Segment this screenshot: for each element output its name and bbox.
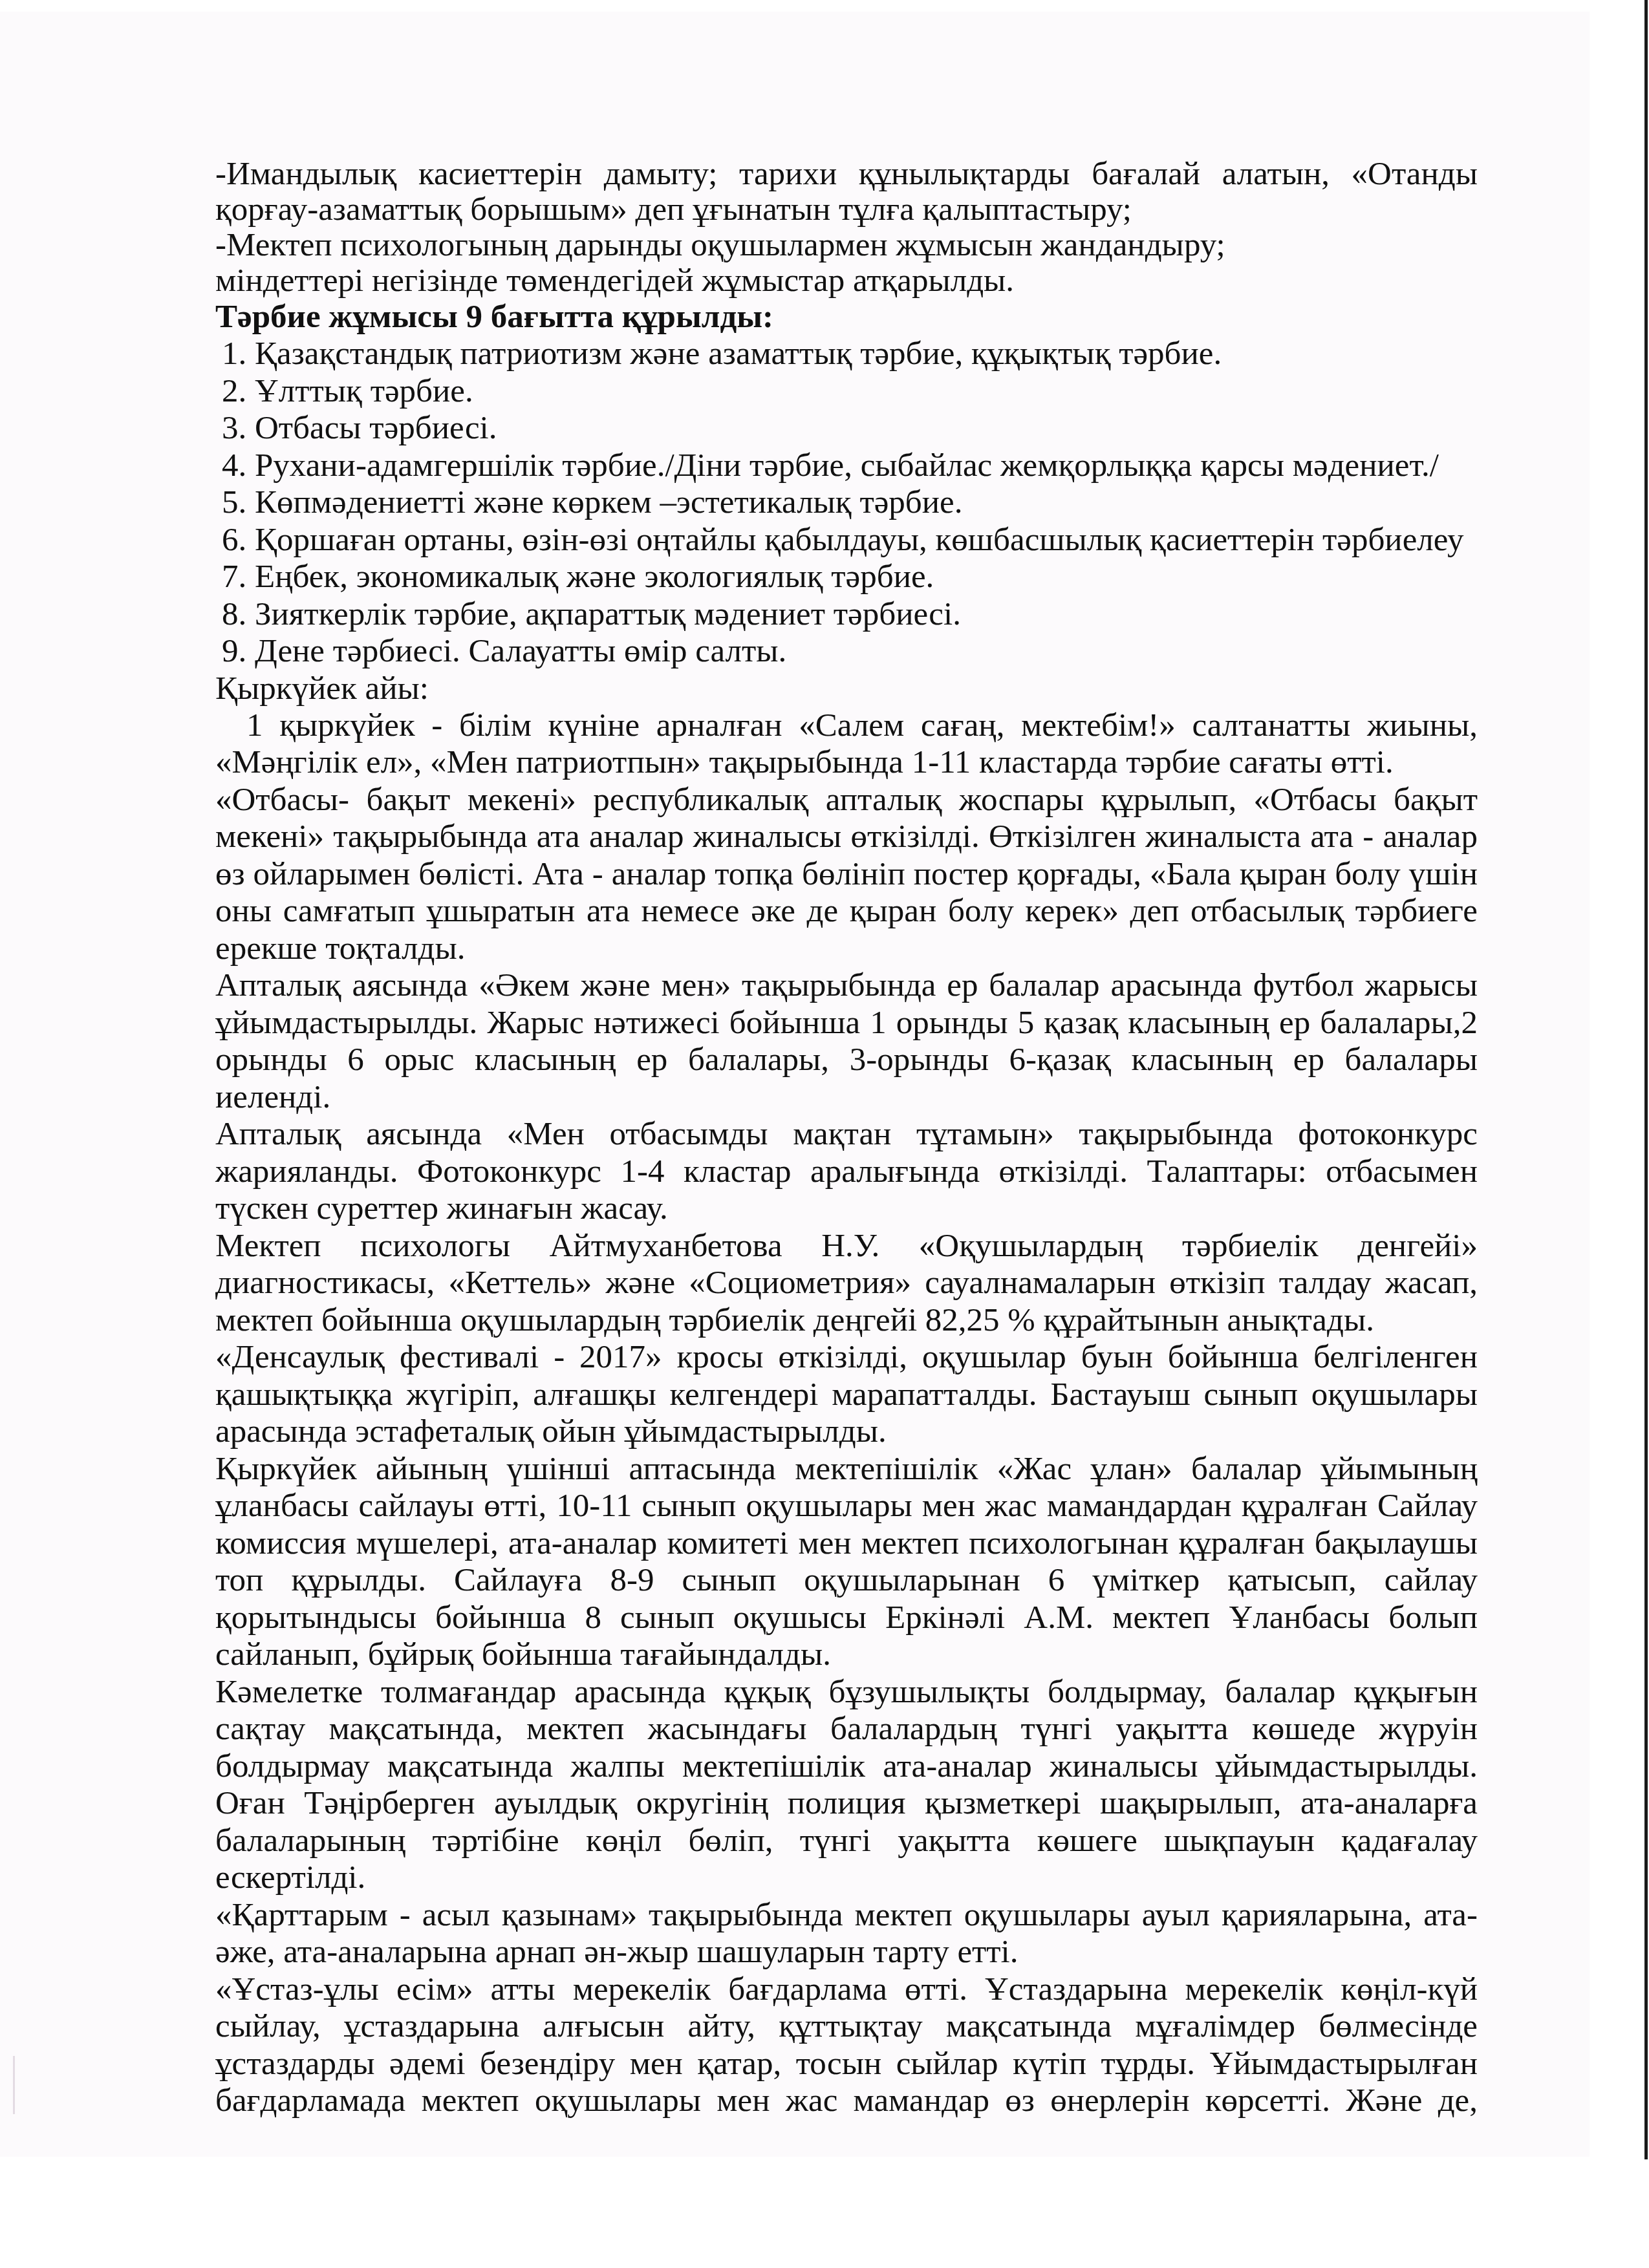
direction-item: 5. Көпмәдениетті және көркем –эстетикалы… — [215, 484, 1478, 522]
paragraph: Қыркүйек айының үшінші аптасында мектепі… — [215, 1451, 1478, 1674]
direction-item: 9. Дене тәрбиесі. Салауатты өмір салты. — [215, 633, 1478, 670]
paragraph: Апталық аясында «Әкем және мен» тақырыбы… — [215, 967, 1478, 1116]
direction-item: 2. Ұлттық тәрбие. — [215, 373, 1478, 411]
paragraph: «Қарттарым - асыл қазынам» тақырыбында м… — [215, 1897, 1478, 1971]
paragraph: «Ұстаз-ұлы есім» атты мерекелік бағдарла… — [215, 1971, 1478, 2120]
direction-item: 7. Еңбек, экономикалық және экологиялық … — [215, 559, 1478, 596]
intro-line: -Имандылық касиеттерін дамыту; тарихи құ… — [215, 156, 1478, 228]
section-heading: Тәрбие жұмысы 9 бағытта құрылды: — [215, 299, 1478, 336]
paragraph: «Денсаулық фестивалі - 2017» кросы өткіз… — [215, 1339, 1478, 1451]
direction-item: 1. Қазақстандық патриотизм және азаматты… — [215, 336, 1478, 373]
directions-list: 1. Қазақстандық патриотизм және азаматты… — [215, 336, 1478, 670]
intro-line: міндеттері негізінде төмендегідей жұмыст… — [215, 263, 1478, 299]
scan-edge-line — [1644, 0, 1648, 2159]
month-label: Қыркүйек айы: — [215, 670, 1478, 707]
paragraph: Апталық аясында «Мен отбасымды мақтан тұ… — [215, 1116, 1478, 1228]
intro-line: -Мектеп психологының дарынды оқушылармен… — [215, 228, 1478, 263]
direction-item: 8. Зияткерлік тәрбие, ақпараттық мәдение… — [215, 596, 1478, 634]
paragraph: 1 қыркүйек - білім күніне арналған «Сале… — [215, 707, 1478, 782]
direction-item: 6. Қоршаған ортаны, өзін-өзі оңтайлы қаб… — [215, 522, 1478, 559]
scan-artifact — [13, 2056, 15, 2114]
document-page: -Имандылық касиеттерін дамыту; тарихи құ… — [215, 156, 1478, 2120]
paragraph: Мектеп психологы Айтмуханбетова Н.У. «Оқ… — [215, 1228, 1478, 1340]
direction-item: 3. Отбасы тәрбиесі. — [215, 410, 1478, 447]
direction-item: 4. Рухани-адамгершілік тәрбие./Діни тәрб… — [215, 447, 1478, 485]
paragraph: «Отбасы- бақыт мекені» республикалық апт… — [215, 782, 1478, 968]
paragraph: Кәмелетке толмағандар арасында құқық бұз… — [215, 1674, 1478, 1897]
